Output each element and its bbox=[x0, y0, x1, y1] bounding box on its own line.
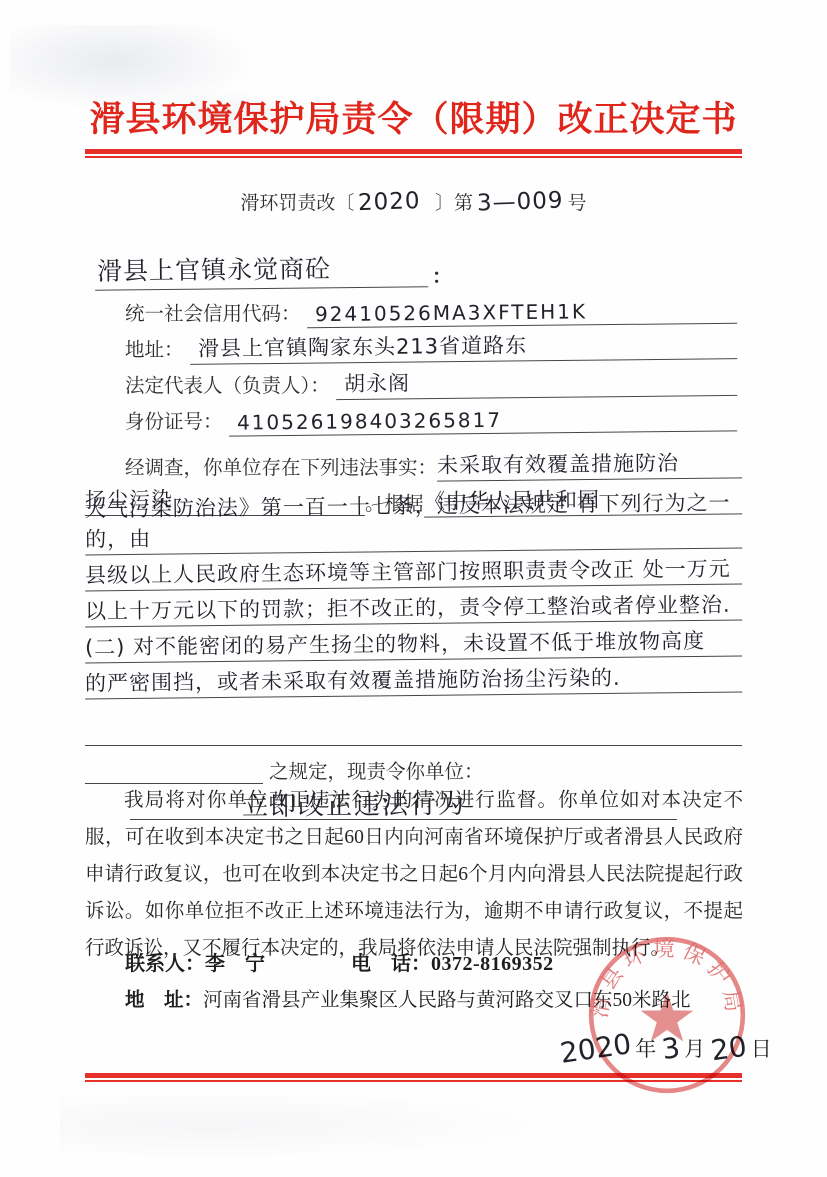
field-credit-code: 统一社会信用代码： 92410526MA3XFTEH1K bbox=[125, 290, 737, 326]
blank-ruled-line bbox=[85, 710, 742, 746]
doc-number-mid: 〕第 bbox=[435, 193, 473, 214]
field-value-handwritten: 410526198403265817 bbox=[228, 405, 737, 436]
doc-number: 滑环罚责改〔2020〕第3—009号 bbox=[0, 188, 827, 215]
legal-handwritten-1: 大气污染防治法》第一百一十七条，违反本法规定 有下列行为之一的，由 bbox=[85, 487, 743, 556]
doc-number-prefix: 滑环罚责改〔 bbox=[240, 193, 354, 214]
legal-handwritten-2: 县级以上人民政府生态环境等主管部门按照职责责令改正 处一万元 bbox=[85, 553, 742, 592]
blank-underline bbox=[85, 745, 742, 746]
legal-line-1: 大气污染防治法》第一百一十七条，违反本法规定 有下列行为之一的，由 bbox=[85, 516, 742, 552]
header-rule bbox=[85, 149, 742, 158]
contact-address-label: 地 址： bbox=[125, 990, 203, 1011]
doc-number-serial-handwritten: 3—009 bbox=[477, 187, 564, 216]
official-seal: 滑县环境保护局 bbox=[585, 933, 749, 1097]
recipient-name-handwritten: 滑县上官镇永觉商砼 bbox=[95, 248, 428, 290]
scan-artifact bbox=[60, 1090, 560, 1160]
field-label: 法定代表人（负责人）： bbox=[125, 370, 336, 398]
document-title: 滑县环境保护局责令（限期）改正决定书 bbox=[0, 92, 827, 142]
legal-handwritten-3: 以上十万元以下的罚款；拒不改正的，责令停工整治或者停业整治. bbox=[85, 589, 742, 628]
recipient-colon: ： bbox=[428, 260, 452, 289]
contact-person-label: 联系人： bbox=[125, 953, 205, 975]
legal-handwritten-4: (二) 对不能密闭的易产生扬尘的物料，未设置不低于堆放物高度 bbox=[85, 625, 742, 664]
fact-intro: 经调查，你单位存在下列违法事实： bbox=[85, 452, 437, 480]
field-value-handwritten: 胡永阁 bbox=[336, 364, 738, 400]
field-label: 统一社会信用代码： bbox=[125, 298, 307, 326]
contact-phone-label: 电 话： bbox=[351, 953, 431, 975]
field-label: 地址： bbox=[125, 334, 190, 362]
regulation-line: 之规定，现责令你单位： bbox=[85, 748, 742, 784]
seal-star-icon bbox=[641, 991, 694, 1041]
field-legal-representative: 法定代表人（负责人）： 胡永阁 bbox=[125, 362, 737, 398]
violation-body: 经调查，你单位存在下列违法事实： 未采取有效覆盖措施防治 扬尘污染 。根据 《中… bbox=[85, 444, 742, 820]
regulation-printed: 之规定，现责令你单位： bbox=[263, 756, 484, 784]
contact-person-name: 李 宁 bbox=[205, 953, 265, 975]
date-day-unit: 日 bbox=[751, 1033, 772, 1063]
field-value-handwritten: 滑县上官镇陶家东头213省道路东 bbox=[189, 327, 737, 365]
doc-number-year-handwritten: 2020 bbox=[358, 188, 421, 216]
fact-handwritten-1: 未采取有效覆盖措施防治 bbox=[437, 446, 742, 481]
field-value-handwritten: 92410526MA3XFTEH1K bbox=[306, 298, 737, 329]
fact-line-1: 经调查，你单位存在下列违法事实： 未采取有效覆盖措施防治 bbox=[85, 444, 742, 480]
field-label: 身份证号： bbox=[125, 406, 229, 434]
doc-number-suffix: 号 bbox=[568, 193, 587, 214]
contact-line: 联系人：李 宁电 话：0372-8169352 bbox=[125, 947, 554, 976]
legal-line-5: 的严密围挡，或者未采取有效覆盖措施防治扬尘污染的. bbox=[85, 660, 742, 696]
contact-phone-number: 0372-8169352 bbox=[431, 953, 554, 975]
field-id-number: 身份证号： 410526198403265817 bbox=[125, 398, 737, 434]
legal-line-4: (二) 对不能密闭的易产生扬尘的物料，未设置不低于堆放物高度 bbox=[85, 624, 742, 660]
legal-line-2: 县级以上人民政府生态环境等主管部门按照职责责令改正 处一万元 bbox=[85, 552, 742, 588]
recipient-fields: 统一社会信用代码： 92410526MA3XFTEH1K 地址： 滑县上官镇陶家… bbox=[125, 290, 737, 434]
field-address: 地址： 滑县上官镇陶家东头213省道路东 bbox=[125, 326, 737, 362]
legal-line-3: 以上十万元以下的罚款；拒不改正的，责令停工整治或者停业整治. bbox=[85, 588, 742, 624]
document-page: 滑县环境保护局责令（限期）改正决定书 滑环罚责改〔2020〕第3—009号 滑县… bbox=[0, 0, 827, 1177]
recipient-line: 滑县上官镇永觉商砼： bbox=[95, 250, 452, 289]
legal-handwritten-5: 的严密围挡，或者未采取有效覆盖措施防治扬尘污染的. bbox=[85, 661, 742, 700]
